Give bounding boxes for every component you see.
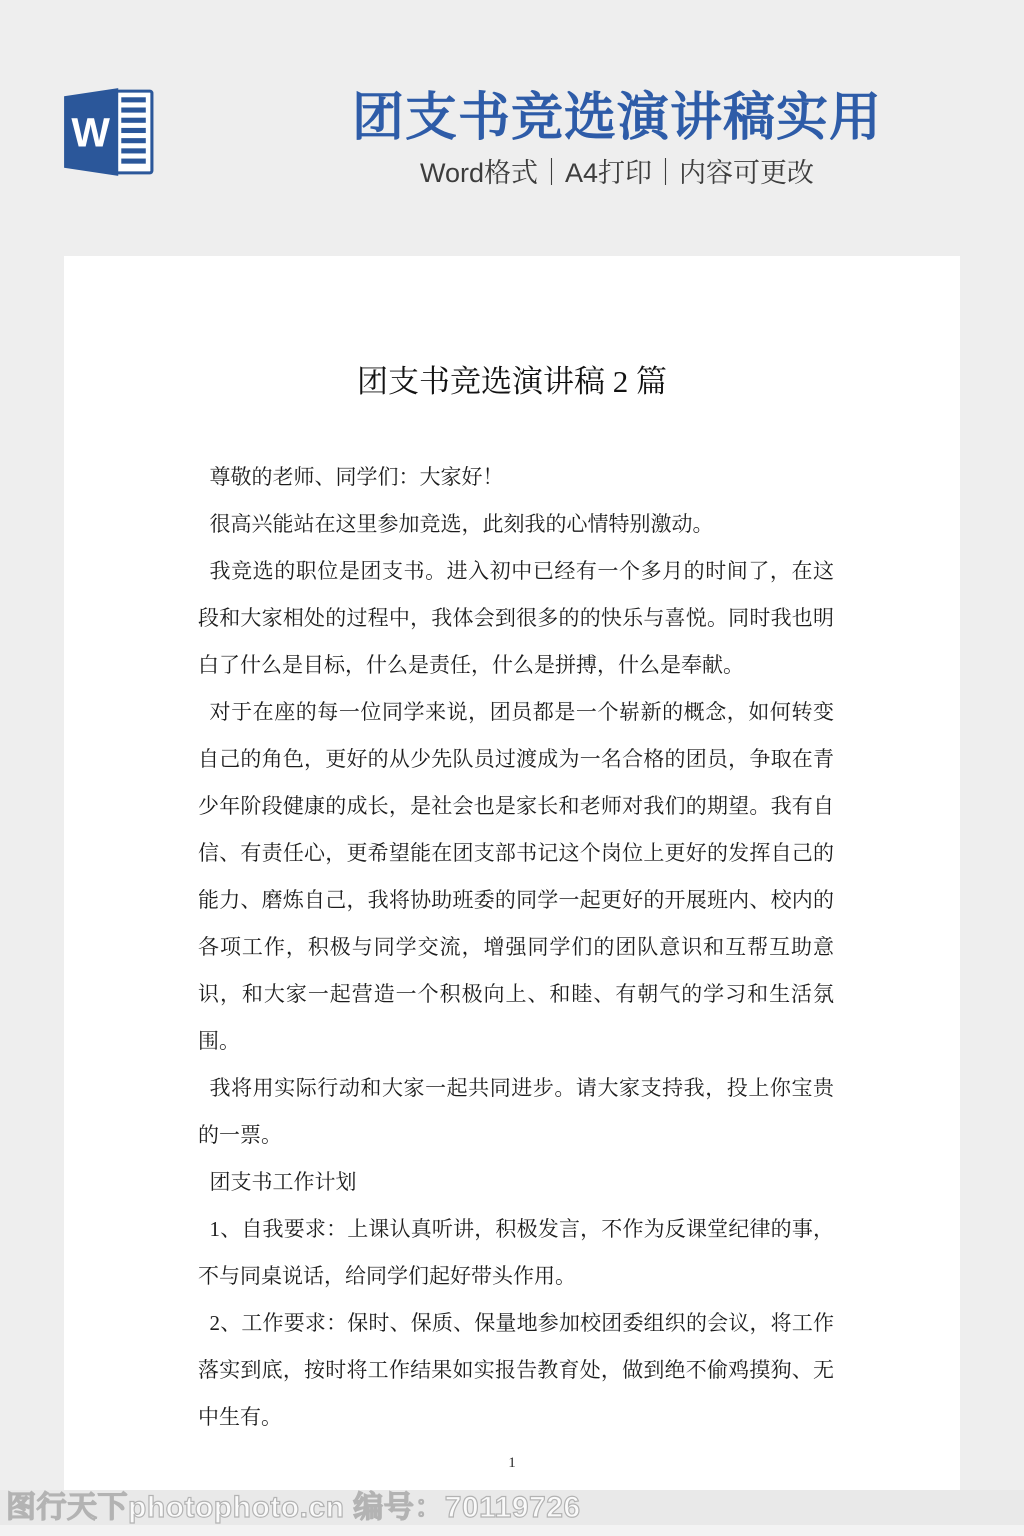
document-page: 团支书竞选演讲稿 2 篇 尊敬的老师、同学们：大家好！ 很高兴能站在这里参加竞选…	[64, 256, 960, 1490]
paragraph-plan-item-2: 2、工作要求：保时、保质、保量地参加校团委组织的会议，将工作落实到底，按时将工作…	[198, 1300, 834, 1441]
paragraph-plan-item-1: 1、自我要求：上课认真听讲，积极发言，不作为反课堂纪律的事，不与同桌说话，给同学…	[198, 1206, 834, 1300]
paragraph-appeal: 我将用实际行动和大家一起共同进步。请大家支持我，投上你宝贵的一票。	[198, 1065, 834, 1159]
header: W 团支书竞选演讲稿实用 Word格式｜A4打印｜内容可更改	[0, 0, 1024, 256]
paragraph-plan-heading: 团支书工作计划	[198, 1159, 834, 1206]
word-icon-letter: W	[71, 109, 110, 155]
document-title: 团支书竞选演讲稿 2 篇	[64, 360, 960, 404]
watermark-text: 图行天下photophoto.cn 编号：70119726	[6, 1491, 581, 1525]
word-document-icon: W	[60, 84, 156, 180]
template-title: 团支书竞选演讲稿实用	[210, 88, 1024, 148]
paragraph-greeting: 尊敬的老师、同学们：大家好！	[198, 454, 834, 501]
page-number: 1	[64, 1455, 960, 1472]
screenshot-canvas: W 团支书竞选演讲稿实用 Word格式｜A4打印｜内容可更改 团支书竞选演讲稿 …	[0, 0, 1024, 1536]
document-body: 尊敬的老师、同学们：大家好！ 很高兴能站在这里参加竞选，此刻我的心情特别激动。 …	[198, 454, 834, 1441]
word-icon-graphic: W	[60, 84, 156, 180]
template-subtitle: Word格式｜A4打印｜内容可更改	[210, 156, 1024, 190]
header-text-block: 团支书竞选演讲稿实用 Word格式｜A4打印｜内容可更改	[210, 88, 1024, 190]
footer-watermark-bar: 图行天下photophoto.cn 编号：70119726	[0, 1490, 1024, 1536]
paragraph-position: 我竞选的职位是团支书。进入初中已经有一个多月的时间了，在这段和大家相处的过程中，…	[198, 548, 834, 689]
paragraph-opening: 很高兴能站在这里参加竞选，此刻我的心情特别激动。	[198, 501, 834, 548]
paragraph-commitment: 对于在座的每一位同学来说，团员都是一个崭新的概念，如何转变自己的角色，更好的从少…	[198, 689, 834, 1065]
